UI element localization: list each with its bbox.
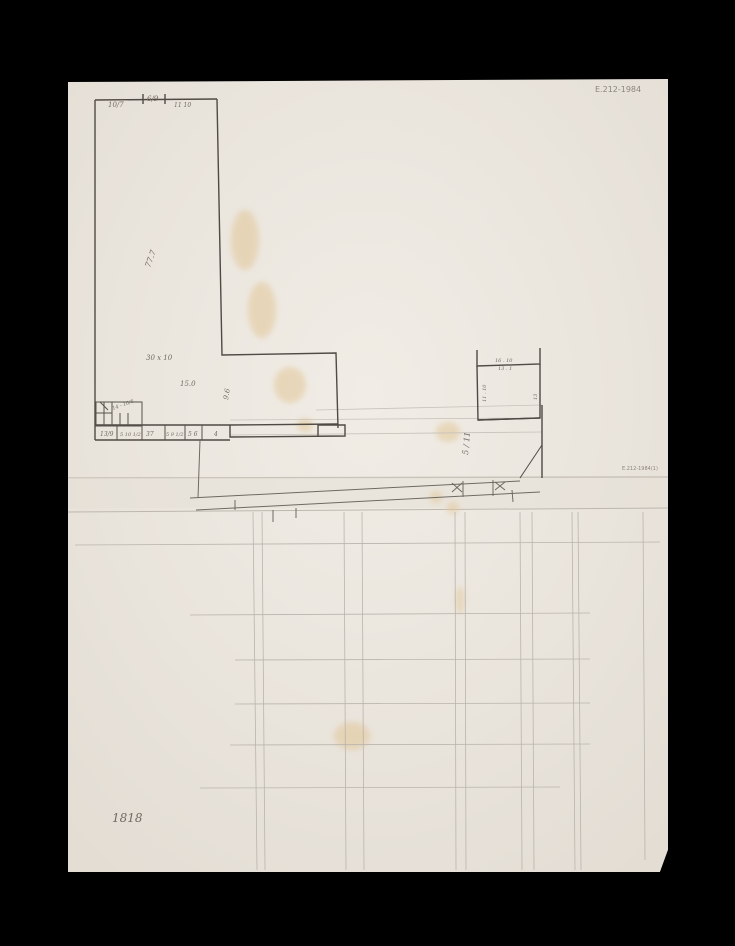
- paper: [68, 79, 668, 872]
- dim-top-2: 6/9: [147, 95, 159, 103]
- dim-bottom-1: 13/9: [100, 431, 114, 438]
- dim-bottom-2: 5 10 1/2: [120, 432, 141, 438]
- dim-box-right: 13: [533, 394, 539, 400]
- dim-room-secondary: 15.0: [180, 380, 196, 388]
- dim-top-1: 10/7: [108, 101, 124, 109]
- date-annotation: 1818: [112, 811, 143, 825]
- dim-bottom-6: 4: [213, 431, 218, 438]
- dim-bottom-3: 37: [146, 431, 154, 438]
- dim-top-3: 11 10: [174, 102, 191, 109]
- dim-room: 30 x 10: [146, 354, 173, 362]
- dim-box-left: 11 . 10: [482, 384, 488, 402]
- accession-number-top: E.212-1984: [595, 85, 641, 94]
- dim-bottom-5: 5 6: [188, 431, 198, 438]
- accession-number-mid: E.212-1984(1): [622, 466, 658, 472]
- dim-bottom-4: 5 9 1/2: [166, 432, 184, 438]
- dim-box-top: 16 . 10: [495, 358, 513, 364]
- drawing-sheet: E.212-1984 E.212-1984(1) 1818 10/7 6/9 1…: [0, 0, 735, 946]
- paper-fold: [68, 477, 668, 512]
- dim-box-top-sub: 13 . 1: [498, 366, 512, 372]
